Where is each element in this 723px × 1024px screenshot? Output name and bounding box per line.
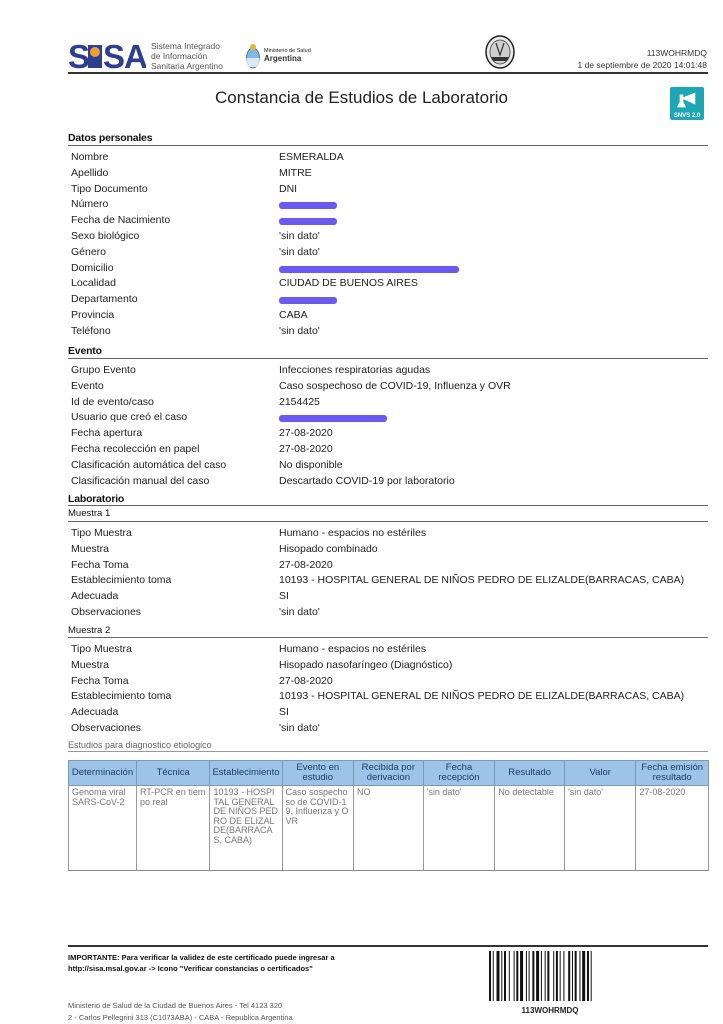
field-label: Fecha Toma: [71, 675, 129, 687]
field-label: Establecimiento toma: [71, 574, 171, 586]
field-value: 10193 - HOSPITAL GENERAL DE NIÑOS PEDRO …: [279, 690, 684, 702]
field-label: Tipo Muestra: [71, 643, 132, 655]
argentina-shield-icon: [246, 43, 260, 69]
verification-link[interactable]: http://sisa.msal.gov.ar -> Icono "Verifi…: [68, 963, 335, 974]
column-header: Evento en estudio: [282, 761, 353, 786]
column-header: Valor: [565, 761, 636, 786]
ministerio-big: Argentina: [264, 55, 311, 62]
field-label: Muestra: [71, 543, 109, 555]
svg-text:S: S: [68, 40, 89, 72]
table-cell: 10193 - HOSPITAL GENERAL DE NIÑOS PEDRO …: [210, 786, 282, 871]
field-value: No disponible: [279, 459, 343, 471]
field-label: Clasificación manual del caso: [71, 475, 209, 487]
field-label: Usuario que creó el caso: [71, 411, 187, 423]
table-cell: 27-08-2020: [636, 786, 709, 871]
document-date: 1 de septiembre de 2020 14:01:48: [578, 60, 708, 70]
field-value: SI: [279, 706, 289, 718]
column-header: Fecha emisión resultado: [636, 761, 709, 786]
header-divider: [68, 72, 708, 74]
table-cell: Caso sospechoso de COVID-19, Influenza y…: [282, 786, 353, 871]
megaphone-icon: [670, 89, 704, 111]
field-label: Número: [71, 198, 108, 210]
field-label: Fecha apertura: [71, 427, 142, 439]
field-value: 'sin dato': [279, 230, 320, 242]
column-header: Fecha recepción: [423, 761, 495, 786]
table-body: Genoma viral SARS-CoV-2RT-PCR en tiempo …: [69, 786, 709, 871]
address-line: Ministerio de Salud de la Ciudad de Buen…: [68, 1000, 293, 1012]
table-cell: Genoma viral SARS-CoV-2: [69, 786, 137, 871]
column-header: Establecimiento: [210, 761, 282, 786]
field-label: Grupo Evento: [71, 364, 136, 376]
field-value: 27-08-2020: [279, 675, 333, 687]
section-divider: [68, 521, 708, 522]
field-label: Departamento: [71, 293, 138, 305]
field-value: Hisopado combinado: [279, 543, 378, 555]
section-divider: [68, 751, 708, 752]
estudios-title: Estudios para diagnostico etiologico: [68, 740, 212, 750]
muestra-1-title: Muestra 1: [68, 508, 110, 519]
field-label: Adecuada: [71, 706, 118, 718]
field-value: 'sin dato': [279, 325, 320, 337]
field-label: Fecha de Nacimiento: [71, 214, 170, 226]
field-value: CABA: [279, 309, 308, 321]
field-label: Provincia: [71, 309, 114, 321]
svg-text:A: A: [124, 40, 146, 72]
table-cell: 'sin dato': [565, 786, 636, 871]
field-value: Humano - espacios no estériles: [279, 527, 426, 539]
field-value: SI: [279, 590, 289, 602]
verification-notice-line: IMPORTANTE: Para verificar la validez de…: [68, 952, 335, 963]
redaction-mark: [279, 202, 337, 209]
field-label: Fecha Toma: [71, 559, 129, 571]
sisa-subtitle: Sistema Integrado de Información Sanitar…: [151, 41, 223, 71]
redaction-mark: [279, 297, 337, 304]
section-divider: [68, 505, 708, 506]
field-label: Género: [71, 246, 106, 258]
sisa-subtitle-line: de Información: [151, 51, 223, 61]
field-value: 27-08-2020: [279, 427, 333, 439]
field-value: MITRE: [279, 167, 312, 179]
table-cell: 'sin dato': [423, 786, 495, 871]
field-value: 27-08-2020: [279, 443, 333, 455]
field-value: Infecciones respiratorias agudas: [279, 364, 430, 376]
sisa-subtitle-line: Sanitaria Argentino: [151, 61, 223, 71]
svg-text:S: S: [103, 40, 125, 72]
muestra-2-title: Muestra 2: [68, 625, 110, 636]
table-cell: No detectable: [495, 786, 565, 871]
field-label: Tipo Documento: [71, 183, 148, 195]
field-label: Establecimiento toma: [71, 690, 171, 702]
footer-divider: [68, 945, 708, 947]
verification-notice: IMPORTANTE: Para verificar la validez de…: [68, 952, 335, 974]
field-value: 27-08-2020: [279, 559, 333, 571]
table-cell: NO: [354, 786, 424, 871]
field-value: Descartado COVID-19 por laboratorio: [279, 475, 455, 487]
field-label: Sexo biológico: [71, 230, 139, 242]
table-cell: RT-PCR en tiempo real: [136, 786, 209, 871]
sisa-logo-icon: S S A: [68, 40, 146, 72]
field-label: Apellido: [71, 167, 108, 179]
field-label: Muestra: [71, 659, 109, 671]
field-value: 'sin dato': [279, 722, 320, 734]
field-value: Hisopado nasofaríngeo (Diagnóstico): [279, 659, 452, 671]
section-title-laboratorio: Laboratorio: [68, 493, 124, 505]
field-label: Fecha recolección en papel: [71, 443, 199, 455]
field-label: Observaciones: [71, 606, 141, 618]
section-title-datos-personales: Datos personales: [68, 132, 152, 144]
ministerio-logo: Ministerio de Salud Argentina: [264, 48, 311, 62]
page-title: Constancia de Estudios de Laboratorio: [0, 88, 723, 108]
field-label: Nombre: [71, 151, 108, 163]
barcode-icon: [489, 951, 611, 1001]
field-label: Domicilio: [71, 262, 114, 274]
field-label: Tipo Muestra: [71, 527, 132, 539]
section-divider: [68, 637, 708, 638]
redaction-mark: [279, 266, 459, 273]
field-value: Humano - espacios no estériles: [279, 643, 426, 655]
column-header: Resultado: [495, 761, 565, 786]
field-label: Localidad: [71, 277, 116, 289]
column-header: Determinación: [69, 761, 137, 786]
caba-seal-icon: [485, 35, 515, 69]
field-value: DNI: [279, 183, 297, 195]
barcode-label: 113WOHRMDQ: [489, 1006, 611, 1015]
redaction-mark: [279, 218, 337, 225]
field-label: Id de evento/caso: [71, 396, 154, 408]
field-label: Clasificación automática del caso: [71, 459, 226, 471]
snvs-label: SNVS 2.0: [670, 113, 704, 119]
field-label: Adecuada: [71, 590, 118, 602]
sisa-subtitle-line: Sistema Integrado: [151, 41, 223, 51]
table-row: Genoma viral SARS-CoV-2RT-PCR en tiempo …: [69, 786, 709, 871]
field-value: Caso sospechoso de COVID-19, Influenza y…: [279, 380, 511, 392]
table-header-row: DeterminaciónTécnicaEstablecimientoEvent…: [69, 761, 709, 786]
column-header: Técnica: [136, 761, 209, 786]
field-value: 2154425: [279, 396, 320, 408]
section-divider: [68, 145, 708, 146]
snvs-badge: SNVS 2.0: [670, 87, 704, 120]
section-title-evento: Evento: [68, 345, 102, 357]
section-divider: [68, 358, 708, 359]
field-label: Evento: [71, 380, 104, 392]
field-value: 'sin dato': [279, 246, 320, 258]
field-value: 'sin dato': [279, 606, 320, 618]
address-line: 2 - Carlos Pellegrini 313 (C1073ABA) - C…: [68, 1012, 293, 1024]
document-code: 113WOHRMDQ: [647, 48, 707, 58]
field-value: CIUDAD DE BUENOS AIRES: [279, 277, 418, 289]
field-value: ESMERALDA: [279, 151, 344, 163]
estudios-table: DeterminaciónTécnicaEstablecimientoEvent…: [68, 760, 709, 871]
column-header: Recibida por derivacion: [354, 761, 424, 786]
field-label: Observaciones: [71, 722, 141, 734]
field-value: 10193 - HOSPITAL GENERAL DE NIÑOS PEDRO …: [279, 574, 684, 586]
redaction-mark: [279, 415, 387, 422]
field-label: Teléfono: [71, 325, 111, 337]
footer-address: Ministerio de Salud de la Ciudad de Buen…: [68, 1000, 293, 1024]
